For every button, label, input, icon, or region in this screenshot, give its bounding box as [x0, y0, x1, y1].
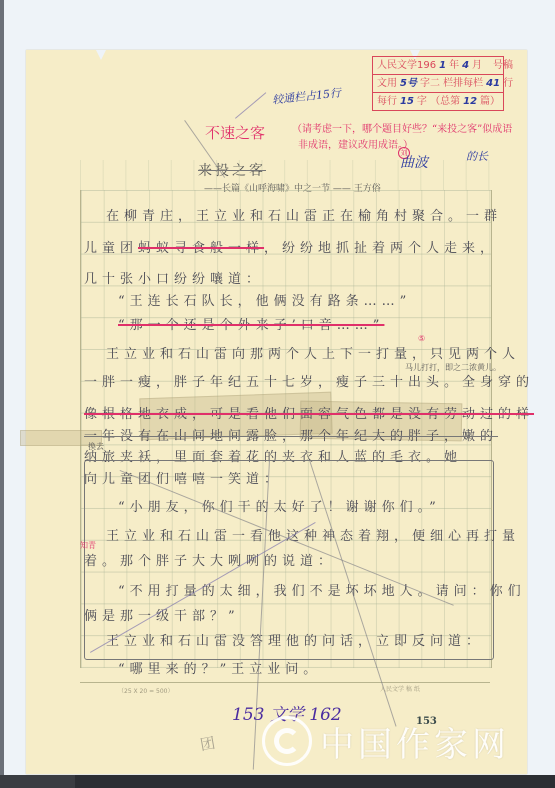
sheet-spec: （25 X 20 = 500） [118, 686, 174, 695]
manuscript-line: “哪里来的？”王立业问。 [118, 658, 321, 677]
manuscript-line: 王立业和石山雷向那两个人上下一打量，只见两个人 [106, 343, 520, 362]
manuscript-line: 几十张小口纷纷嚷道： [84, 268, 264, 287]
manuscript-line: “王连长石队长，他俩没有路条……” [118, 290, 411, 309]
manuscript-line: 向儿童团们嘻嘻一笑道： [84, 468, 282, 487]
manuscript-line: “不用打量的太细，我们不是坏坏地人。请问：你们 [118, 580, 526, 599]
manuscript-line: 儿童团蚂蚁寻食般一样，纷纷地抓扯着两个人走来， [84, 237, 498, 256]
paper-notch [96, 50, 106, 60]
margin-mark-red: ⑤ [418, 334, 425, 343]
stamp-row-chars: 每行15 字 （总第12 篇） [373, 93, 503, 110]
scanner-edge-bottom [0, 775, 555, 788]
manuscript-line: 王立业和石山雷一看他这种神态着翔，便细心再打量 [106, 525, 520, 544]
manuscript-line: “小朋友，你们干的太好了！谢谢你们。” [118, 496, 441, 515]
red-note-line2: 非成语，建议改用成语。） [298, 136, 413, 151]
watermark-text: 中国作家网 [320, 717, 510, 766]
stamp-row-font: 文用5号 字二 栏排每栏41 行 [373, 75, 503, 93]
site-watermark: 中国作家网 [262, 716, 510, 766]
publisher-imprint: 人民文学 稿 纸 [380, 684, 420, 693]
manuscript-line-deleted: 像根格地衣成，可是看他们面容气色都是没有劳动过的样 [84, 403, 534, 422]
red-title-suggestion: 不速之客 [205, 122, 265, 143]
manuscript-line-deleted: 一年没有在山间地间露脸，那个年纪大的胖子，嫩的 [84, 425, 498, 444]
grid-paper-header [80, 160, 490, 190]
manuscript-line: 王立业和石山雷没答理他的问话，立即反问道： [106, 630, 484, 649]
manuscript-line: 着。那个胖子大大咧咧的说道： [84, 550, 336, 569]
scanner-edge-left [0, 0, 4, 788]
stamp-row-issue: 人民文学1961 年4 月 号稿 [373, 57, 503, 75]
grid-bottom-rule [80, 682, 490, 683]
watermark-logo-icon [262, 716, 312, 766]
red-note-line1: （请考虑一下，哪个题目好些？“来投之客”似成语 [292, 120, 512, 135]
editorial-stamp: 人民文学1961 年4 月 号稿 文用5号 字二 栏排每栏41 行 每行15 字… [372, 56, 504, 111]
manuscript-line-deleted: “那一个还是个外来子’口音……” [118, 314, 384, 333]
manuscript-line: 俩是那一级干部？” [84, 605, 240, 624]
manuscript-line: 一胖一瘦，胖子年纪五十七岁，瘦子三十出头。全身穿的 [84, 371, 534, 390]
manuscript-line: 在柳青庄，王立业和石山雷正在榆角村聚合。一群 [106, 205, 502, 224]
